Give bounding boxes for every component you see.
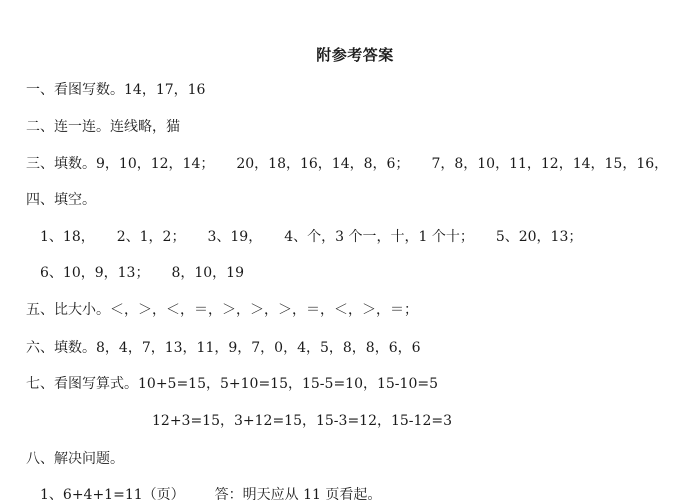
section-7-row-2: 12+3=15，3+12=15，15-3=12，15-12=3 [152, 411, 452, 431]
section-2-heading: 二、连一连。 [26, 119, 110, 135]
section-8-heading: 八、解决问题。 [26, 451, 124, 467]
section-4-item-6: 6、10，9，13； [40, 265, 149, 281]
section-1-heading: 一、看图写数。 [26, 82, 124, 98]
section-4-item-4: 4、个，3 个一，十，1 个十； [284, 229, 474, 245]
section-4-row-1: 1、18，2、1，2；3、19，4、个，3 个一，十，1 个十；5、20，13； [40, 227, 582, 247]
section-2: 二、连一连。连线略，猫 [26, 117, 180, 137]
section-1-answer: 14，17，16 [124, 82, 205, 98]
page-title: 附参考答案 [0, 44, 680, 65]
section-6-answer: 8，4，7，13，11，9，7，0，4，5，8，8，6，6 [96, 340, 421, 356]
section-8-q1-answer: 答：明天应从 11 页看起。 [215, 487, 382, 500]
section-4-item-7: 8，10，19 [171, 265, 244, 281]
section-8-q1-formula: 1、6+4+1=11（页） [40, 487, 185, 500]
section-4-item-1: 1、18， [40, 229, 95, 245]
section-4-item-3: 3、19， [207, 229, 262, 245]
section-3: 三、填数。9，10，12，14；20，18，16，14，8，6；7，8，10，1… [26, 154, 668, 174]
section-7-row-2-text: 12+3=15，3+12=15，15-3=12，15-12=3 [152, 413, 452, 429]
section-4-item-2: 2、1，2； [117, 229, 186, 245]
section-3-heading: 三、填数。 [26, 156, 96, 172]
section-4-heading: 四、填空。 [26, 192, 96, 208]
section-6: 六、填数。8，4，7，13，11，9，7，0，4，5，8，8，6，6 [26, 338, 421, 358]
section-3-group-3: 7，8，10，11，12，14，15，16， [431, 156, 668, 172]
section-1: 一、看图写数。14，17，16 [26, 80, 205, 100]
section-2-answer: 连线略，猫 [110, 119, 180, 135]
section-3-group-1: 9，10，12，14； [96, 156, 214, 172]
section-4-row-2: 6、10，9，13；8，10，19 [40, 263, 244, 283]
section-8: 八、解决问题。 [26, 449, 124, 469]
section-7-row-1: 10+5=15，5+10=15，15-5=10，15-10=5 [138, 376, 438, 392]
section-3-group-2: 20，18，16，14，8，6； [236, 156, 409, 172]
section-7-heading: 七、看图写算式。 [26, 376, 138, 392]
section-6-heading: 六、填数。 [26, 340, 96, 356]
section-5-answer: ＜，＞，＜，＝，＞，＞，＞，＝，＜，＞，＝； [110, 302, 418, 318]
section-4: 四、填空。 [26, 190, 96, 210]
section-8-question-1: 1、6+4+1=11（页）答：明天应从 11 页看起。 [40, 485, 381, 500]
section-5-heading: 五、比大小。 [26, 302, 110, 318]
section-5: 五、比大小。＜，＞，＜，＝，＞，＞，＞，＝，＜，＞，＝； [26, 300, 418, 320]
section-7: 七、看图写算式。10+5=15，5+10=15，15-5=10，15-10=5 [26, 374, 438, 394]
section-4-item-5: 5、20，13； [496, 229, 583, 245]
